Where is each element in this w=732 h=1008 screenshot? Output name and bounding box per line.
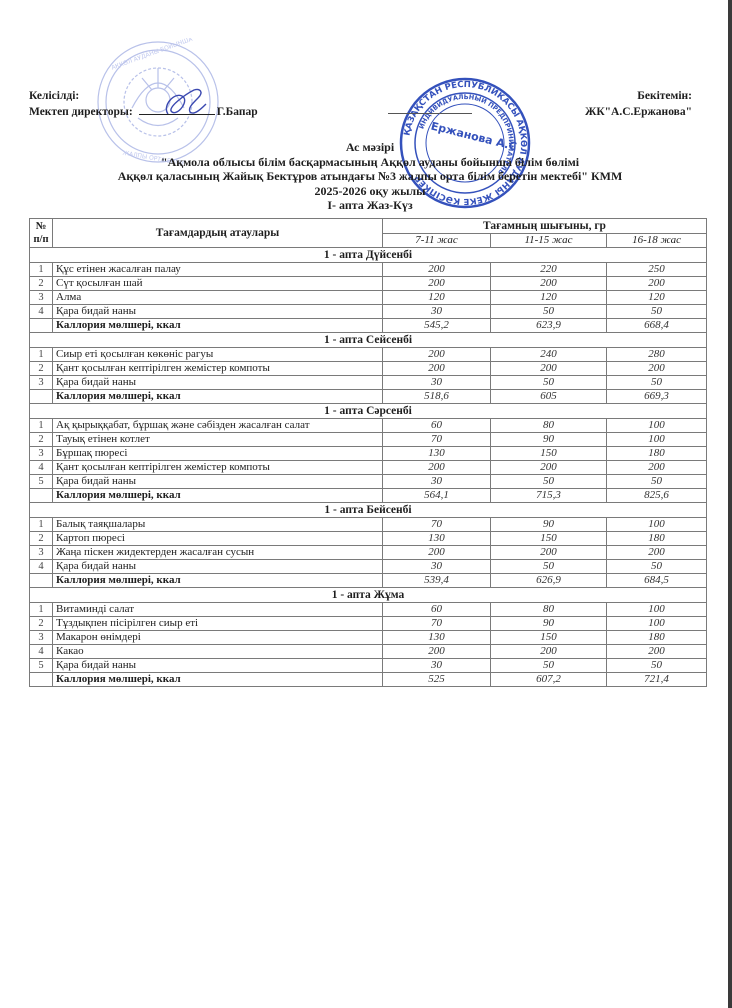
dish-name: Макарон өнімдері: [53, 631, 383, 645]
dish-number: 2: [30, 617, 53, 631]
calorie-total-row: Каллория мөлшері, ккал545,2623,9668,4: [30, 319, 707, 333]
portion-11-15: 150: [491, 631, 607, 645]
dish-name: Тұздықпен пісірілген сиыр еті: [53, 617, 383, 631]
column-header-age-7-11: 7-11 жас: [383, 234, 491, 248]
dish-name: Қант қосылған кептірілген жемістер компо…: [53, 362, 383, 376]
calories-16-18: 684,5: [607, 574, 707, 588]
dish-row: 2Қант қосылған кептірілген жемістер комп…: [30, 362, 707, 376]
empty-cell: [30, 673, 53, 687]
portion-16-18: 50: [607, 305, 707, 319]
scan-edge: [728, 0, 732, 1008]
dish-name: Сүт қосылған шай: [53, 277, 383, 291]
approval-signature-line: [388, 113, 472, 114]
dish-number: 1: [30, 603, 53, 617]
column-header-age-16-18: 16-18 жас: [607, 234, 707, 248]
portion-11-15: 120: [491, 291, 607, 305]
dish-number: 1: [30, 348, 53, 362]
calories-11-15: 623,9: [491, 319, 607, 333]
portion-11-15: 200: [491, 362, 607, 376]
director-name: Г.Бапар: [217, 104, 258, 120]
dish-row: 4Қант қосылған кептірілген жемістер комп…: [30, 461, 707, 475]
portion-7-11: 120: [383, 291, 491, 305]
day-header-row: 1 - апта Жұма: [30, 588, 707, 603]
dish-number: 2: [30, 532, 53, 546]
calorie-total-row: Каллория мөлшері, ккал518,6605669,3: [30, 390, 707, 404]
dish-number: 4: [30, 461, 53, 475]
dish-number: 3: [30, 631, 53, 645]
portion-7-11: 200: [383, 645, 491, 659]
portion-11-15: 200: [491, 645, 607, 659]
dish-row: 1Балық таяқшалары7090100: [30, 518, 707, 532]
day-title: 1 - апта Жұма: [30, 588, 707, 603]
day-title: 1 - апта Сейсенбі: [30, 333, 707, 348]
portion-7-11: 30: [383, 376, 491, 390]
calorie-label: Каллория мөлшері, ккал: [53, 574, 383, 588]
dish-number: 4: [30, 305, 53, 319]
portion-11-15: 50: [491, 305, 607, 319]
portion-16-18: 280: [607, 348, 707, 362]
dish-name: Алма: [53, 291, 383, 305]
approved-label: Бекітемін:: [585, 88, 692, 104]
portion-11-15: 200: [491, 277, 607, 291]
dish-number: 2: [30, 433, 53, 447]
calories-16-18: 825,6: [607, 489, 707, 503]
title-school: Аққөл қаласының Жайық Бектұров атындағы …: [30, 169, 710, 184]
portion-16-18: 120: [607, 291, 707, 305]
column-header-age-11-15: 11-15 жас: [491, 234, 607, 248]
dish-name: Қант қосылған кептірілген жемістер компо…: [53, 461, 383, 475]
day-title: 1 - апта Дүйсенбі: [30, 248, 707, 263]
empty-cell: [30, 489, 53, 503]
dish-name: Балық таяқшалары: [53, 518, 383, 532]
portion-16-18: 200: [607, 461, 707, 475]
dish-name: Тауық етінен котлет: [53, 433, 383, 447]
portion-11-15: 50: [491, 475, 607, 489]
title-week-season: І- апта Жаз-Күз: [30, 198, 710, 213]
portion-7-11: 200: [383, 546, 491, 560]
dish-name: Қара бидай наны: [53, 475, 383, 489]
approval-block: Бекітемін: ЖК"А.С.Ержанова": [585, 88, 692, 120]
portion-7-11: 60: [383, 603, 491, 617]
dish-row: 5Қара бидай наны305050: [30, 659, 707, 673]
menu-table: № п/п Тағамдардың атаулары Тағамның шығы…: [29, 218, 707, 687]
dish-row: 5Қара бидай наны305050: [30, 475, 707, 489]
portion-11-15: 50: [491, 659, 607, 673]
calories-16-18: 669,3: [607, 390, 707, 404]
portion-11-15: 200: [491, 546, 607, 560]
portion-7-11: 30: [383, 475, 491, 489]
portion-16-18: 50: [607, 376, 707, 390]
portion-11-15: 90: [491, 617, 607, 631]
portion-11-15: 80: [491, 419, 607, 433]
portion-7-11: 130: [383, 631, 491, 645]
dish-number: 5: [30, 475, 53, 489]
day-title: 1 - апта Сәрсенбі: [30, 404, 707, 419]
portion-7-11: 30: [383, 305, 491, 319]
portion-7-11: 200: [383, 348, 491, 362]
dish-number: 2: [30, 277, 53, 291]
column-header-number: № п/п: [30, 219, 53, 248]
dish-name: Қара бидай наны: [53, 305, 383, 319]
dish-row: 2Картоп пюресі130150180: [30, 532, 707, 546]
dish-row: 1Құс етінен жасалған палау200220250: [30, 263, 707, 277]
dish-name: Какао: [53, 645, 383, 659]
portion-7-11: 30: [383, 659, 491, 673]
portion-16-18: 100: [607, 518, 707, 532]
portion-7-11: 30: [383, 560, 491, 574]
dish-row: 4Какао200200200: [30, 645, 707, 659]
portion-16-18: 200: [607, 362, 707, 376]
dish-name: Қара бидай наны: [53, 659, 383, 673]
dish-number: 3: [30, 376, 53, 390]
signature-line: [139, 104, 215, 115]
calorie-total-row: Каллория мөлшері, ккал564,1715,3825,6: [30, 489, 707, 503]
calorie-total-row: Каллория мөлшері, ккал525607,2721,4: [30, 673, 707, 687]
portion-7-11: 130: [383, 532, 491, 546]
calories-7-11: 564,1: [383, 489, 491, 503]
calorie-label: Каллория мөлшері, ккал: [53, 489, 383, 503]
portion-16-18: 100: [607, 433, 707, 447]
dish-name: Картоп пюресі: [53, 532, 383, 546]
calories-11-15: 607,2: [491, 673, 607, 687]
title-menu: Ас мәзірі: [30, 140, 710, 155]
agreement-block: Келісілді: Мектеп директоры:Г.Бапар: [29, 88, 258, 120]
calories-11-15: 605: [491, 390, 607, 404]
dish-number: 2: [30, 362, 53, 376]
portion-11-15: 90: [491, 518, 607, 532]
portion-16-18: 50: [607, 659, 707, 673]
portion-7-11: 70: [383, 617, 491, 631]
dish-row: 1Сиыр еті қосылған көкөніс рагуы20024028…: [30, 348, 707, 362]
portion-11-15: 90: [491, 433, 607, 447]
dish-number: 1: [30, 518, 53, 532]
calories-16-18: 721,4: [607, 673, 707, 687]
portion-16-18: 100: [607, 603, 707, 617]
dish-number: 5: [30, 659, 53, 673]
empty-cell: [30, 319, 53, 333]
director-label: Мектеп директоры:: [29, 104, 133, 120]
dish-row: 1Ақ қырыққабат, бұршақ және сәбізден жас…: [30, 419, 707, 433]
column-header-portion-group: Тағамның шығыны, гр: [383, 219, 707, 234]
dish-name: Құс етінен жасалған палау: [53, 263, 383, 277]
portion-7-11: 200: [383, 362, 491, 376]
dish-row: 4Қара бидай наны305050: [30, 305, 707, 319]
dish-name: Витаминді салат: [53, 603, 383, 617]
dish-row: 2Тауық етінен котлет7090100: [30, 433, 707, 447]
portion-11-15: 80: [491, 603, 607, 617]
dish-row: 3Макарон өнімдері130150180: [30, 631, 707, 645]
portion-7-11: 60: [383, 419, 491, 433]
menu-table-body: 1 - апта Дүйсенбі1Құс етінен жасалған па…: [30, 248, 707, 687]
calories-11-15: 715,3: [491, 489, 607, 503]
calories-16-18: 668,4: [607, 319, 707, 333]
portion-7-11: 70: [383, 518, 491, 532]
portion-11-15: 50: [491, 376, 607, 390]
dish-row: 3Жаңа піскен жидектерден жасалған сусын2…: [30, 546, 707, 560]
dish-number: 1: [30, 263, 53, 277]
portion-16-18: 200: [607, 277, 707, 291]
portion-16-18: 50: [607, 560, 707, 574]
calories-7-11: 518,6: [383, 390, 491, 404]
dish-name: Қара бидай наны: [53, 376, 383, 390]
portion-11-15: 200: [491, 461, 607, 475]
portion-7-11: 200: [383, 263, 491, 277]
dish-name: Ақ қырыққабат, бұршақ және сәбізден жаса…: [53, 419, 383, 433]
column-header-dish-name: Тағамдардың атаулары: [53, 219, 383, 248]
calories-7-11: 525: [383, 673, 491, 687]
calories-7-11: 539,4: [383, 574, 491, 588]
calories-11-15: 626,9: [491, 574, 607, 588]
dish-row: 3Алма120120120: [30, 291, 707, 305]
portion-16-18: 250: [607, 263, 707, 277]
empty-cell: [30, 574, 53, 588]
day-title: 1 - апта Бейсенбі: [30, 503, 707, 518]
dish-name: Бұршақ пюресі: [53, 447, 383, 461]
portion-16-18: 100: [607, 419, 707, 433]
dish-row: 2Тұздықпен пісірілген сиыр еті7090100: [30, 617, 707, 631]
portion-11-15: 150: [491, 447, 607, 461]
portion-16-18: 200: [607, 645, 707, 659]
empty-cell: [30, 390, 53, 404]
calorie-label: Каллория мөлшері, ккал: [53, 673, 383, 687]
portion-16-18: 180: [607, 631, 707, 645]
dish-number: 4: [30, 645, 53, 659]
portion-7-11: 130: [383, 447, 491, 461]
dish-row: 3Бұршақ пюресі130150180: [30, 447, 707, 461]
dish-row: 4Қара бидай наны305050: [30, 560, 707, 574]
day-header-row: 1 - апта Сәрсенбі: [30, 404, 707, 419]
dish-number: 1: [30, 419, 53, 433]
portion-16-18: 180: [607, 447, 707, 461]
portion-16-18: 180: [607, 532, 707, 546]
portion-16-18: 200: [607, 546, 707, 560]
portion-16-18: 100: [607, 617, 707, 631]
calorie-total-row: Каллория мөлшері, ккал539,4626,9684,5: [30, 574, 707, 588]
day-header-row: 1 - апта Дүйсенбі: [30, 248, 707, 263]
dish-row: 1Витаминді салат6080100: [30, 603, 707, 617]
title-department: "Ақмола облысы білім басқармасының Аққөл…: [30, 155, 710, 170]
title-academic-year: 2025-2026 оқу жылы: [30, 184, 710, 199]
dish-number: 4: [30, 560, 53, 574]
calories-7-11: 545,2: [383, 319, 491, 333]
portion-11-15: 240: [491, 348, 607, 362]
dish-name: Қара бидай наны: [53, 560, 383, 574]
dish-number: 3: [30, 447, 53, 461]
dish-name: Сиыр еті қосылған көкөніс рагуы: [53, 348, 383, 362]
dish-number: 3: [30, 546, 53, 560]
dish-name: Жаңа піскен жидектерден жасалған сусын: [53, 546, 383, 560]
agreed-label: Келісілді:: [29, 88, 258, 104]
portion-7-11: 200: [383, 461, 491, 475]
dish-number: 3: [30, 291, 53, 305]
day-header-row: 1 - апта Сейсенбі: [30, 333, 707, 348]
approver-name: ЖК"А.С.Ержанова": [585, 104, 692, 120]
portion-7-11: 200: [383, 277, 491, 291]
portion-11-15: 220: [491, 263, 607, 277]
portion-11-15: 50: [491, 560, 607, 574]
svg-text:АҚКӨЛ АУДАНЫ БОЙЫНША: АҚКӨЛ АУДАНЫ БОЙЫНША: [110, 38, 194, 72]
dish-row: 2Сүт қосылған шай200200200: [30, 277, 707, 291]
calorie-label: Каллория мөлшері, ккал: [53, 390, 383, 404]
dish-row: 3Қара бидай наны305050: [30, 376, 707, 390]
calorie-label: Каллория мөлшері, ккал: [53, 319, 383, 333]
day-header-row: 1 - апта Бейсенбі: [30, 503, 707, 518]
portion-7-11: 70: [383, 433, 491, 447]
portion-11-15: 150: [491, 532, 607, 546]
document-titles: Ас мәзірі "Ақмола облысы білім басқармас…: [30, 140, 710, 213]
portion-16-18: 50: [607, 475, 707, 489]
